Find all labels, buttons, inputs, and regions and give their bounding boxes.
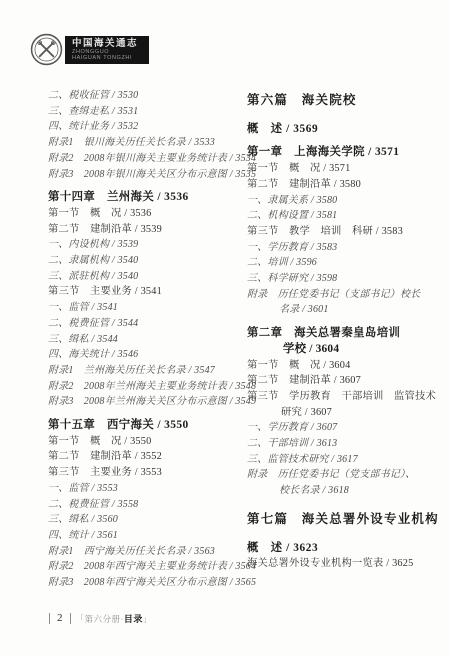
toc-right-column: 第六篇 海关院校概 述 / 3569第一章 上海海关学院 / 3571第一节 概… bbox=[247, 88, 435, 572]
toc-entry: 研究 / 3607 bbox=[247, 405, 435, 421]
toc-entry: 附录3 2008年西宁海关关区分布示意图 / 3565 bbox=[48, 575, 240, 591]
toc-entry: 第一章 上海海关学院 / 3571 bbox=[247, 145, 435, 161]
toc-entry: 第一节 概 况 / 3571 bbox=[247, 161, 435, 177]
toc-entry: 一、监管 / 3541 bbox=[48, 300, 240, 316]
toc-entry: 附录 历任党委书记（党支部书记）、 bbox=[247, 467, 435, 483]
toc-entry: 附录1 银川海关历任关长名录 / 3533 bbox=[48, 135, 240, 151]
footer-volume-text: 第六分册· bbox=[85, 614, 124, 624]
toc-entry: 附录 历任党委书记（支部书记）校长 bbox=[247, 287, 435, 303]
toc-entry: 学校 / 3604 bbox=[247, 342, 435, 358]
toc-entry: 一、内设机构 / 3539 bbox=[48, 237, 240, 253]
footer-bracket-close: 」 bbox=[143, 614, 152, 624]
toc-entry: 三、缉私 / 3544 bbox=[48, 332, 240, 348]
toc-entry: 二、税收征管 / 3530 bbox=[48, 88, 240, 104]
customs-emblem-icon bbox=[30, 33, 63, 66]
toc-entry: 附录1 西宁海关历任关长名录 / 3563 bbox=[48, 544, 240, 560]
footer-divider-left bbox=[49, 613, 50, 624]
toc-entry: 二、干部培训 / 3613 bbox=[247, 436, 435, 452]
toc-entry: 第三节 主要业务 / 3541 bbox=[48, 284, 240, 300]
toc-entry: 第二节 建制沿革 / 3580 bbox=[247, 177, 435, 193]
toc-entry: 附录1 兰州海关历任关长名录 / 3547 bbox=[48, 363, 240, 379]
toc-entry: 第六篇 海关院校 bbox=[247, 93, 435, 109]
toc-entry: 附录3 2008年兰州海关关区分布示意图 / 3549 bbox=[48, 394, 240, 410]
toc-entry: 四、统计 / 3561 bbox=[48, 528, 240, 544]
toc-entry: 概 述 / 3569 bbox=[247, 122, 435, 138]
page-number: 2 bbox=[57, 611, 63, 625]
toc-entry: 二、机构设置 / 3581 bbox=[247, 208, 435, 224]
toc-entry: 校长名录 / 3618 bbox=[247, 483, 435, 499]
book-title: 中国海关通志 bbox=[72, 39, 142, 49]
toc-entry: 三、查缉走私 / 3531 bbox=[48, 104, 240, 120]
toc-page: 中国海关通志 ZHONGGUO HAIGUAN TONGZHI 二、税收征管 /… bbox=[0, 0, 450, 657]
toc-entry: 附录2 2008年西宁海关主要业务统计表 / 3564 bbox=[48, 559, 240, 575]
toc-entry: 二、税费征管 / 3558 bbox=[48, 497, 240, 513]
toc-entry: 一、隶属关系 / 3580 bbox=[247, 193, 435, 209]
toc-entry: 第三节 学历教育 干部培训 监管技术 bbox=[247, 389, 435, 405]
toc-entry: 四、统计业务 / 3532 bbox=[48, 119, 240, 135]
toc-entry: 第二节 建制沿革 / 3552 bbox=[48, 449, 240, 465]
book-title-pinyin-line2: HAIGUAN TONGZHI bbox=[72, 55, 142, 61]
toc-entry: 第一节 概 况 / 3536 bbox=[48, 206, 240, 222]
toc-entry: 第二节 建制沿革 / 3539 bbox=[48, 222, 240, 238]
toc-entry: 二、隶属机构 / 3540 bbox=[48, 253, 240, 269]
toc-entry: 第一节 概 况 / 3550 bbox=[48, 434, 240, 450]
toc-entry: 二、培训 / 3596 bbox=[247, 255, 435, 271]
toc-entry: 第三节 教学 培训 科研 / 3583 bbox=[247, 224, 435, 240]
toc-entry: 海关总署外设专业机构一览表 / 3625 bbox=[247, 556, 435, 572]
toc-entry: 名录 / 3601 bbox=[247, 302, 435, 318]
toc-entry: 三、科学研究 / 3598 bbox=[247, 271, 435, 287]
page-footer: 2 「第六分册·目录」 bbox=[49, 611, 152, 625]
toc-entry: 第七篇 海关总署外设专业机构 bbox=[247, 512, 435, 528]
toc-left-column: 二、税收征管 / 3530三、查缉走私 / 3531四、统计业务 / 3532附… bbox=[48, 88, 240, 591]
toc-entry: 第一节 概 况 / 3604 bbox=[247, 358, 435, 374]
toc-entry: 附录2 2008年兰州海关主要业务统计表 / 3548 bbox=[48, 379, 240, 395]
toc-entry: 第三节 主要业务 / 3553 bbox=[48, 465, 240, 481]
toc-entry: 三、派驻机构 / 3540 bbox=[48, 269, 240, 285]
page-header: 中国海关通志 ZHONGGUO HAIGUAN TONGZHI bbox=[30, 33, 149, 66]
toc-entry: 附录3 2008年银川海关关区分布示意图 / 3535 bbox=[48, 167, 240, 183]
toc-entry: 概 述 / 3623 bbox=[247, 541, 435, 557]
toc-entry: 一、学历教育 / 3583 bbox=[247, 240, 435, 256]
toc-entry: 第二节 建制沿革 / 3607 bbox=[247, 373, 435, 389]
toc-entry: 第十四章 兰州海关 / 3536 bbox=[48, 190, 240, 206]
toc-entry: 三、监管技术研究 / 3617 bbox=[247, 452, 435, 468]
toc-entry: 一、监管 / 3553 bbox=[48, 481, 240, 497]
book-title-box: 中国海关通志 ZHONGGUO HAIGUAN TONGZHI bbox=[65, 36, 149, 64]
footer-toc-text: 目录 bbox=[124, 614, 143, 624]
toc-entry: 附录2 2008年银川海关主要业务统计表 / 3534 bbox=[48, 151, 240, 167]
toc-entry: 第二章 海关总署秦皇岛培训 bbox=[247, 326, 435, 342]
footer-volume-label: 「第六分册·目录」 bbox=[76, 612, 152, 625]
toc-entry: 二、税费征管 / 3544 bbox=[48, 316, 240, 332]
toc-entry: 一、学历教育 / 3607 bbox=[247, 420, 435, 436]
toc-entry: 四、海关统计 / 3546 bbox=[48, 347, 240, 363]
footer-bracket-open: 「 bbox=[76, 614, 85, 624]
footer-divider-right bbox=[70, 613, 71, 624]
toc-entry: 第十五章 西宁海关 / 3550 bbox=[48, 418, 240, 434]
toc-entry: 三、缉私 / 3560 bbox=[48, 512, 240, 528]
